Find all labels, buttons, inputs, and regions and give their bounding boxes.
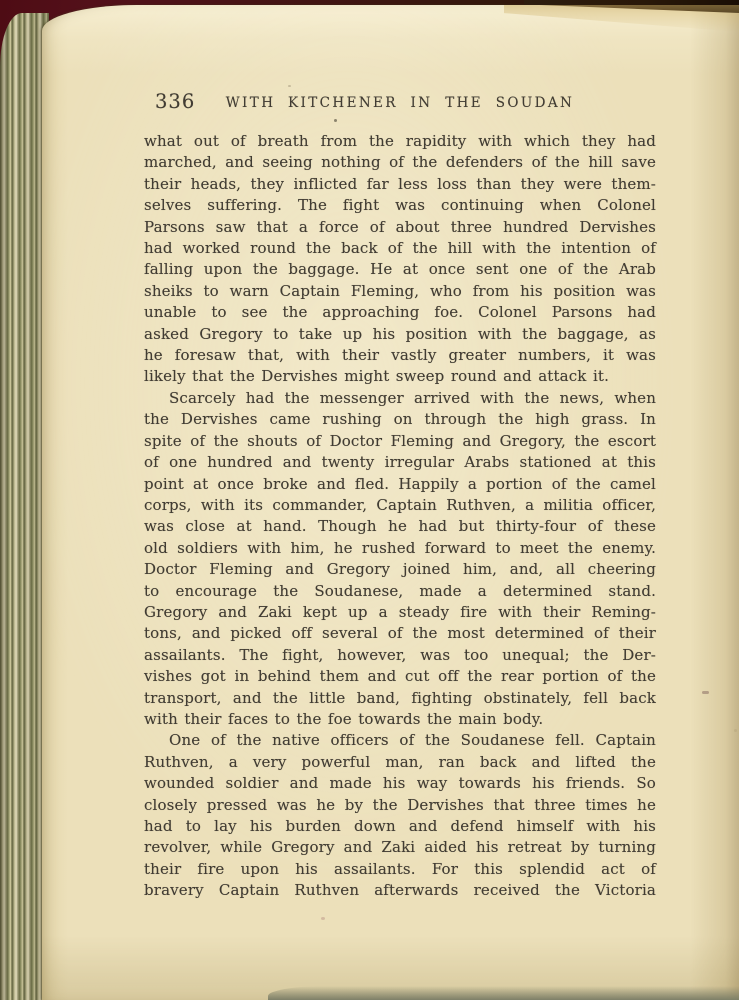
scan-speck (702, 691, 709, 694)
text-line: marched, and seeing nothing of the defen… (144, 152, 656, 173)
page-bottom-shadow (268, 986, 739, 1000)
page-number: 336 (155, 90, 195, 113)
paragraph: what out of breath from the rapidity wit… (144, 131, 656, 388)
text-line: sheiks to warn Captain Fleming, who from… (144, 281, 656, 302)
text-line: what out of breath from the rapidity wit… (144, 131, 656, 152)
text-line: wounded soldier and made his way towards… (144, 773, 656, 794)
text-line: was close at hand. Though he had but thi… (144, 516, 656, 537)
text-line: to encourage the Soudanese, made a deter… (144, 581, 656, 602)
text-line: Gregory and Zaki kept up a steady fire w… (144, 602, 656, 623)
text-line: assailants. The fight, however, was too … (144, 645, 656, 666)
page-text: what out of breath from the rapidity wit… (144, 131, 656, 902)
text-line: their fire upon his assailants. For this… (144, 859, 656, 880)
text-line: Ruthven, a very powerful man, ran back a… (144, 752, 656, 773)
page-header: 336 WITH KITCHENER IN THE SOUDAN (144, 90, 656, 114)
text-line: he foresaw that, with their vastly great… (144, 345, 656, 366)
text-line: corps, with its commander, Captain Ruthv… (144, 495, 656, 516)
text-line: falling upon the baggage. He at once sen… (144, 259, 656, 280)
book-page: 336 WITH KITCHENER IN THE SOUDAN what ou… (42, 5, 739, 1000)
text-line: with their faces to the foe towards the … (144, 709, 656, 730)
text-line: closely pressed was he by the Dervishes … (144, 795, 656, 816)
text-line: old soldiers with him, he rushed forward… (144, 538, 656, 559)
text-line: had to lay his burden down and defend hi… (144, 816, 656, 837)
text-line: Parsons saw that a force of about three … (144, 217, 656, 238)
text-line: spite of the shouts of Doctor Fleming an… (144, 431, 656, 452)
text-line: Scarcely had the messenger arrived with … (144, 388, 656, 409)
text-line: vishes got in behind them and cut off th… (144, 666, 656, 687)
text-line: point at once broke and fled. Happily a … (144, 474, 656, 495)
text-line: their heads, they inflicted far less los… (144, 174, 656, 195)
paragraph: Scarcely had the messenger arrived with … (144, 388, 656, 731)
scan-speck (734, 729, 737, 732)
text-line: One of the native officers of the Soudan… (144, 730, 656, 751)
text-line: unable to see the approaching foe. Colon… (144, 302, 656, 323)
text-line: likely that the Dervishes might sweep ro… (144, 366, 656, 387)
text-line: the Dervishes came rushing on through th… (144, 409, 656, 430)
paragraph: One of the native officers of the Soudan… (144, 730, 656, 901)
book-scan: 336 WITH KITCHENER IN THE SOUDAN what ou… (0, 0, 739, 1000)
text-line: transport, and the little band, fighting… (144, 688, 656, 709)
running-title: WITH KITCHENER IN THE SOUDAN (144, 90, 656, 111)
text-block: 336 WITH KITCHENER IN THE SOUDAN what ou… (144, 5, 656, 1000)
text-line: had worked round the back of the hill wi… (144, 238, 656, 259)
text-line: bravery Captain Ruthven afterwards recei… (144, 880, 656, 901)
text-line: Doctor Fleming and Gregory joined him, a… (144, 559, 656, 580)
text-line: revolver, while Gregory and Zaki aided h… (144, 837, 656, 858)
text-line: asked Gregory to take up his position wi… (144, 324, 656, 345)
text-line: selves suffering. The fight was continui… (144, 195, 656, 216)
text-line: tons, and picked off several of the most… (144, 623, 656, 644)
text-line: of one hundred and twenty irregular Arab… (144, 452, 656, 473)
